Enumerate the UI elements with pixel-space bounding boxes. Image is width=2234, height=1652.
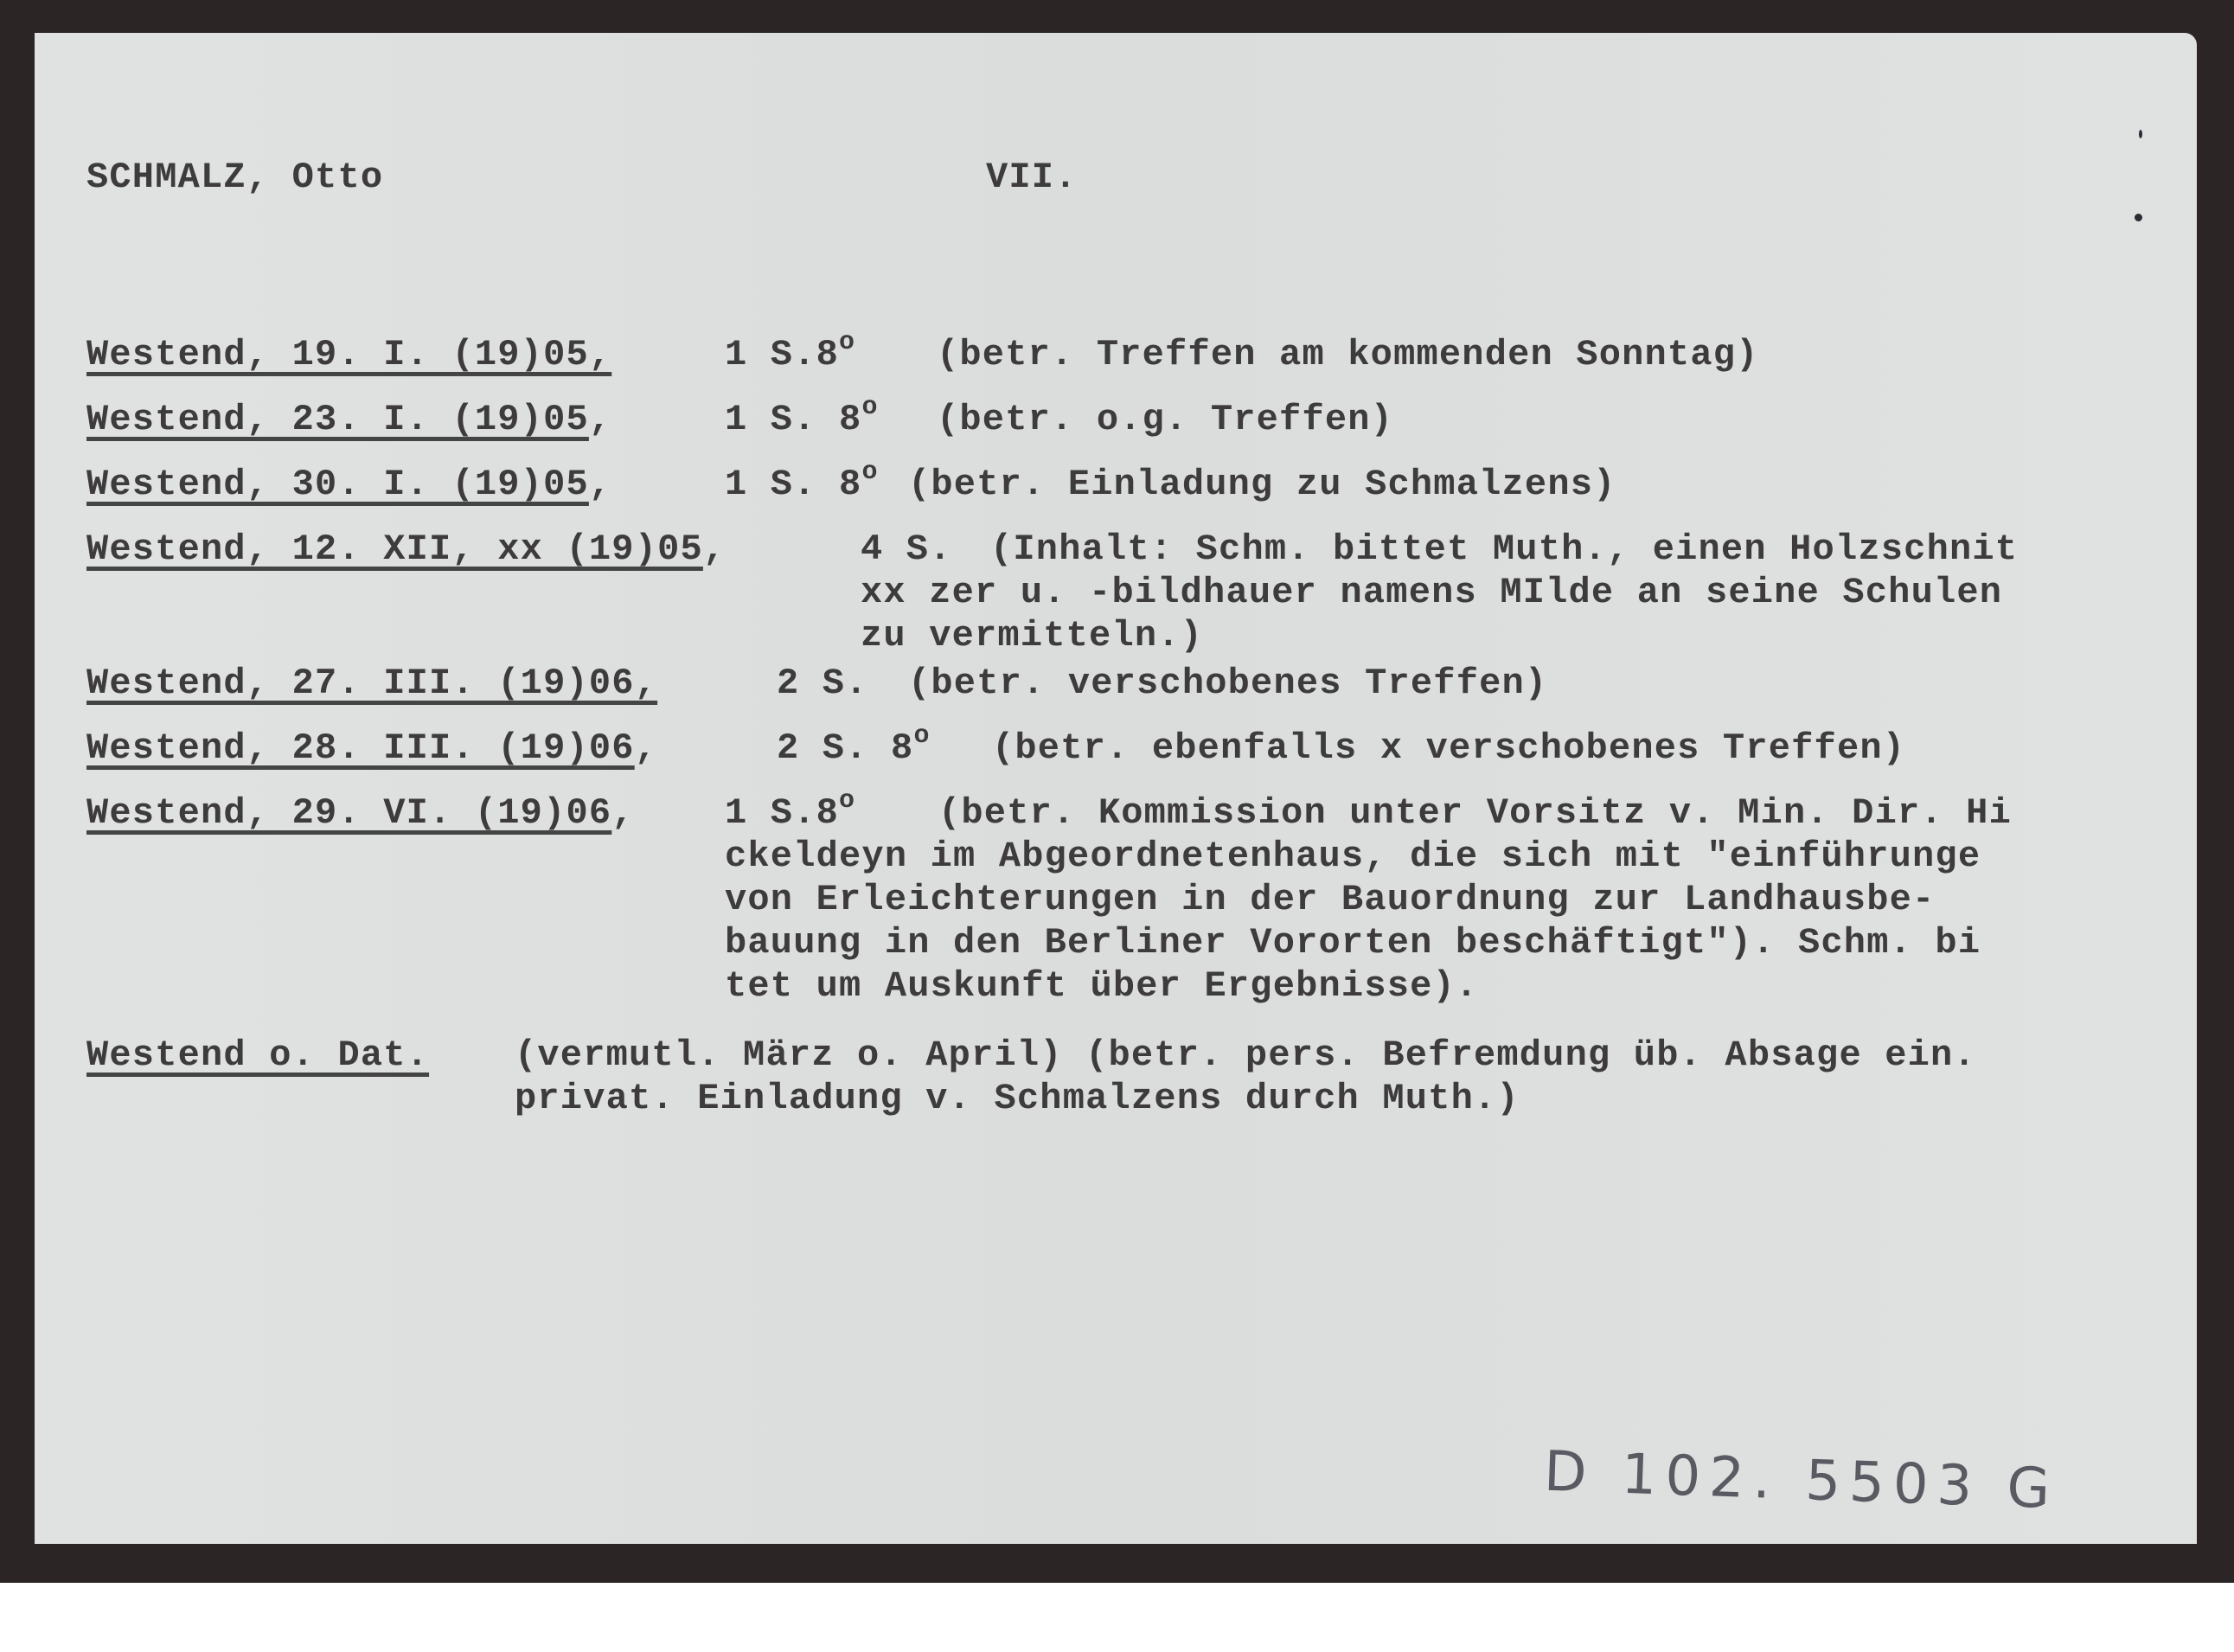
ink-mark — [2135, 214, 2142, 221]
entry-place-date: Westend, 30. I. (19)05, — [86, 463, 611, 506]
ink-mark — [2139, 130, 2142, 138]
entry-place-date: Westend, 29. VI. (19)06, — [86, 791, 635, 835]
entry-extent: 1 S.8o — [725, 791, 855, 835]
entry-description-line: ckeldeyn im Abgeordnetenhaus, die sich m… — [725, 835, 1981, 878]
entry-extent: 2 S. 8o — [777, 727, 931, 770]
entry-description: (betr. o.g. Treffen) — [937, 398, 1393, 441]
entry-extent: 1 S. 8o — [725, 398, 879, 441]
entry-description: (betr. ebenfalls x verschobenes Treffen) — [992, 727, 1905, 770]
person-name: SCHMALZ, Otto — [86, 156, 383, 199]
entry-description-line: (vermutl. März o. April) (betr. pers. Be… — [515, 1034, 1976, 1077]
entry-description-line: von Erleichterungen in der Bauordnung zu… — [725, 878, 1935, 921]
entry-extent: 2 S. — [777, 662, 868, 705]
entry-description: (betr. Treffen am kommenden Sonntag) — [937, 333, 1759, 376]
volume-number: VII. — [986, 156, 1078, 199]
entry-description-line: (Inhalt: Schm. bittet Muth., einen Holzs… — [990, 528, 2018, 571]
entry-place-date: Westend, 23. I. (19)05, — [86, 398, 611, 441]
entry-description-line: xx zer u. -bildhauer namens MIlde an sei… — [861, 571, 2002, 614]
entry-place-date: Westend, 12. XII, xx (19)05, — [86, 528, 726, 571]
entry-description: (betr. Einladung zu Schmalzens) — [908, 463, 1616, 506]
entry-extent: 1 S. 8o — [725, 463, 879, 506]
entry-description-line: privat. Einladung v. Schmalzens durch Mu… — [515, 1077, 1520, 1120]
entry-extent: 1 S.8o — [725, 333, 855, 376]
entry-description-line: (betr. Kommission unter Vorsitz v. Min. … — [938, 791, 2012, 835]
entry-extent: 4 S. — [861, 528, 952, 571]
entry-place-date: Westend, 27. III. (19)06, — [86, 662, 657, 705]
entry-place-date: Westend, 28. III. (19)06, — [86, 727, 657, 770]
entry-description-line: zu vermitteln.) — [861, 614, 1203, 657]
entry-place-date: Westend, 19. I. (19)05, — [86, 333, 611, 376]
entry-place-date: Westend o. Dat. — [86, 1034, 429, 1077]
entry-description: (betr. verschobenes Treffen) — [908, 662, 1547, 705]
index-card — [35, 33, 2197, 1544]
entry-description-line: bauung in den Berliner Vororten beschäft… — [725, 921, 1981, 964]
entry-description-line: tet um Auskunft über Ergebnisse). — [725, 964, 1478, 1008]
